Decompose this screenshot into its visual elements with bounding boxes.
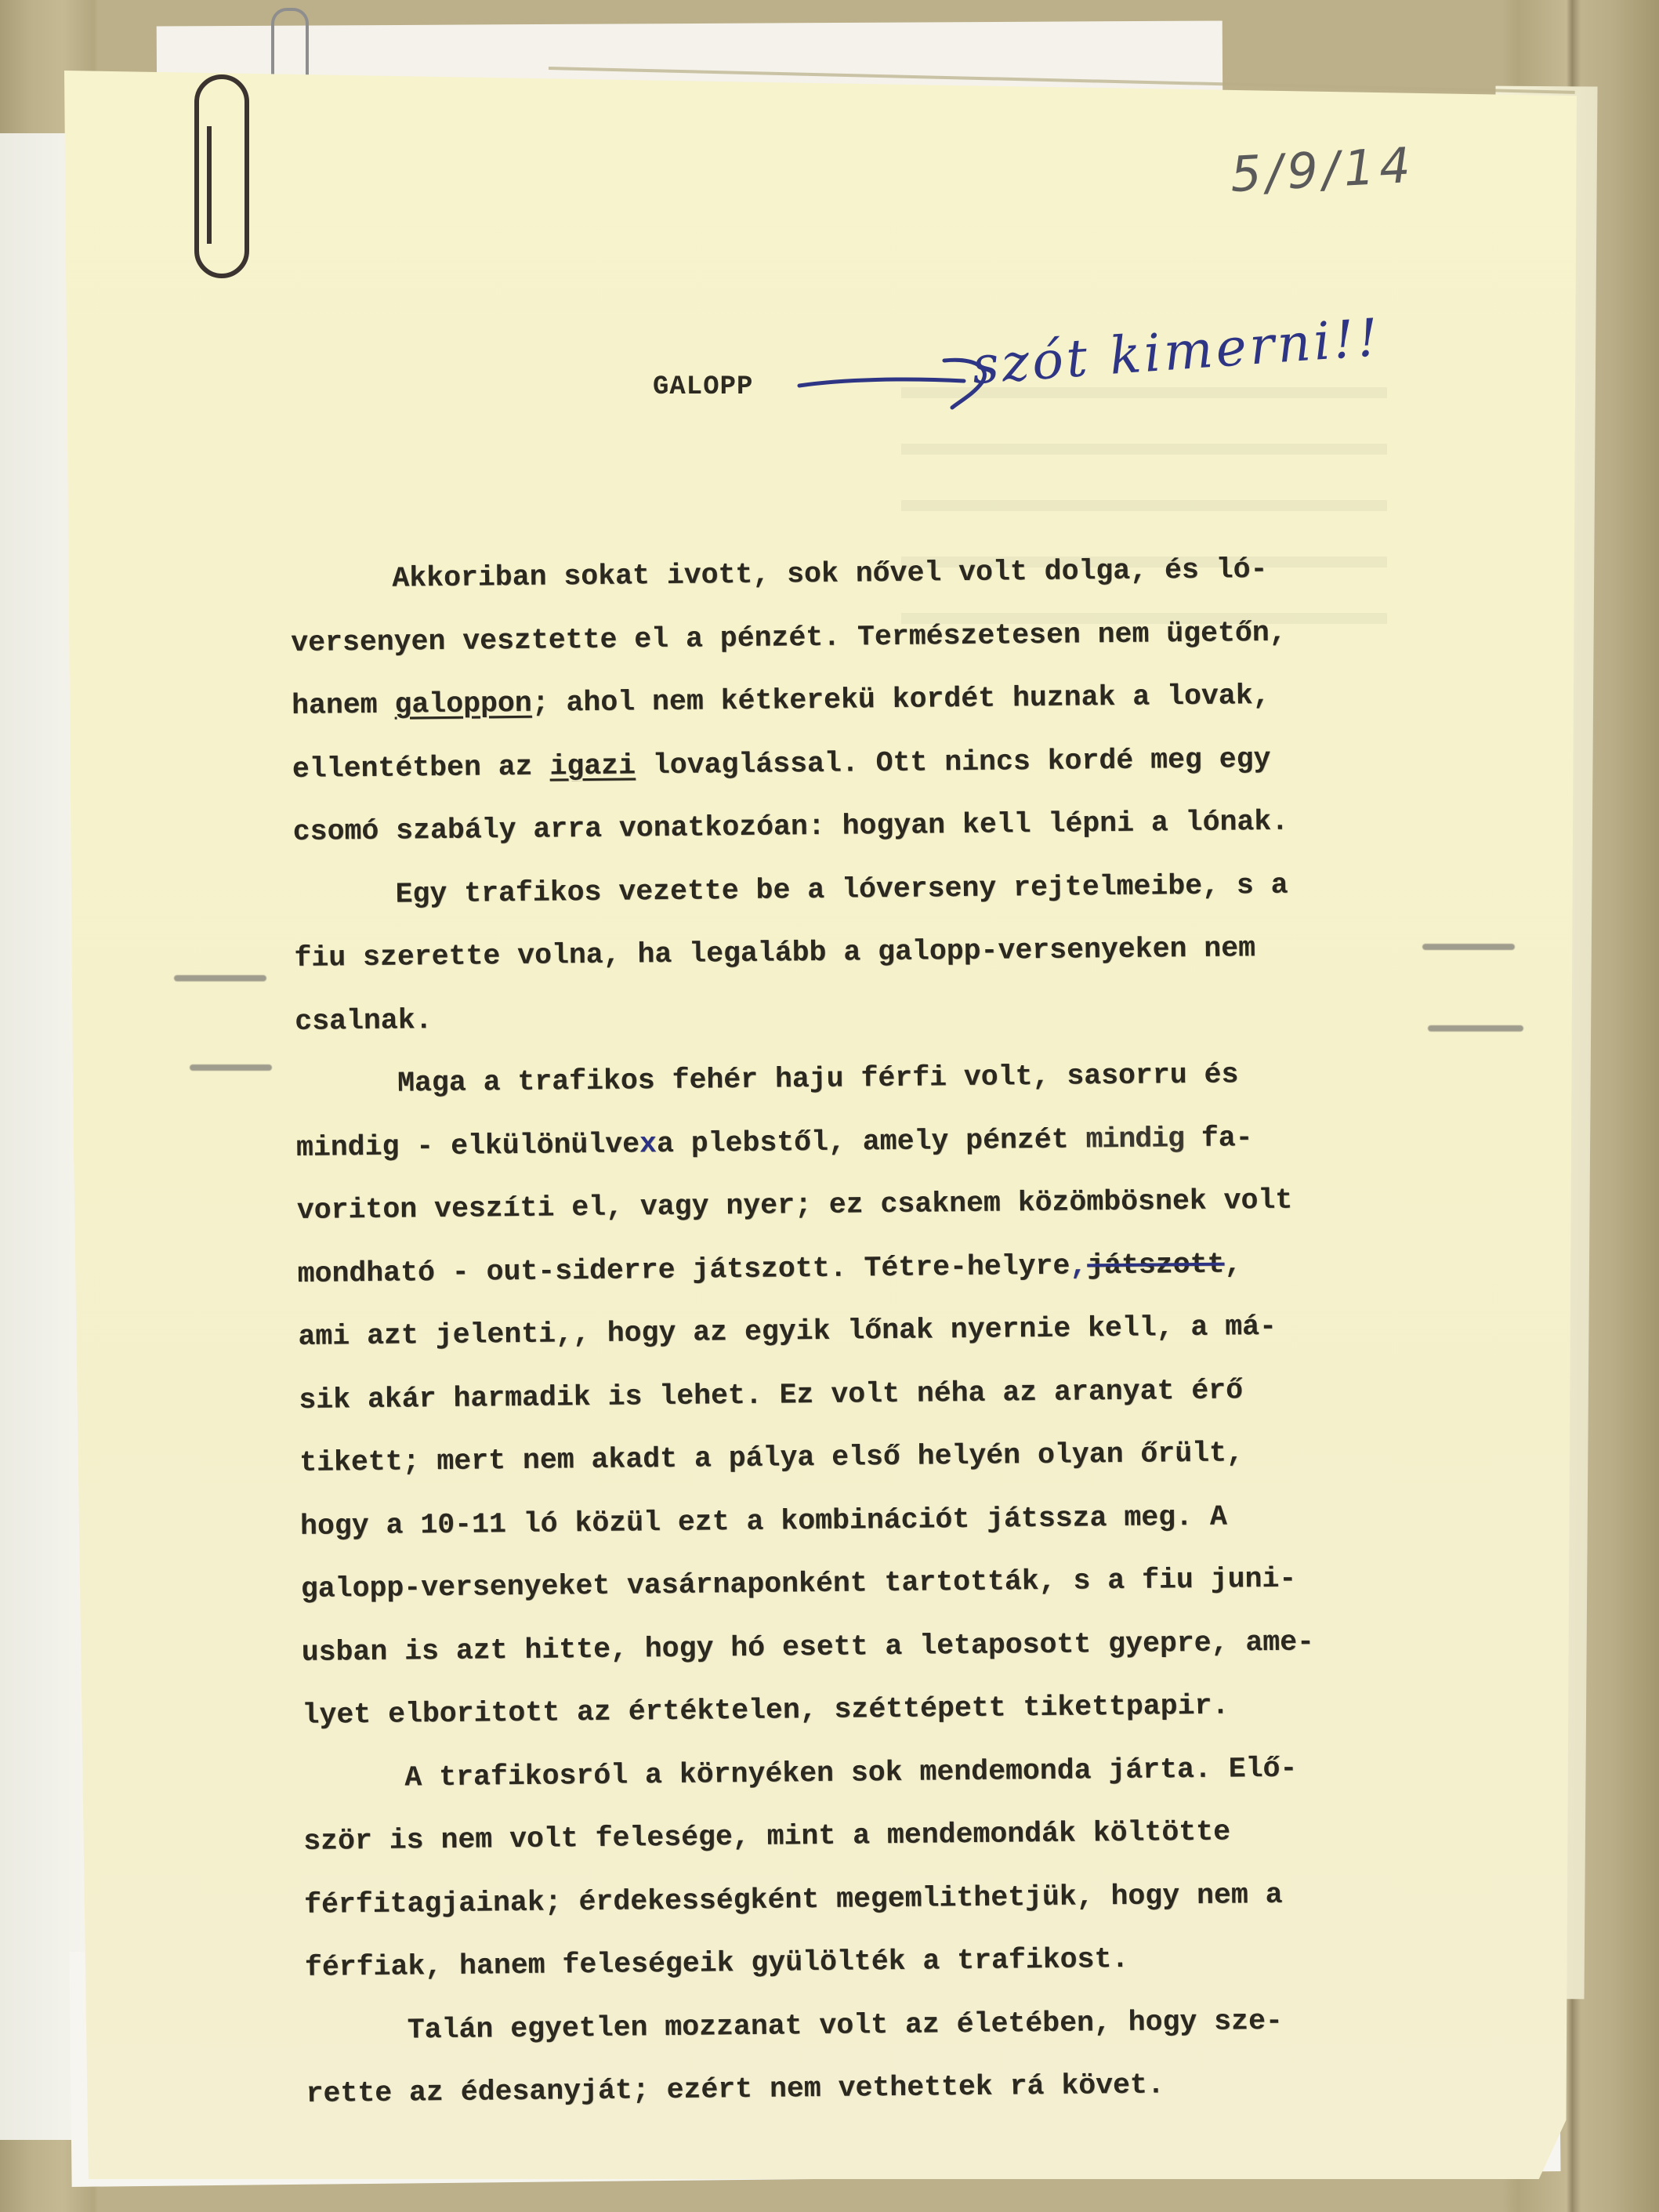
text-line: voriton veszíti el, vagy nyer; ez csakne… — [296, 1169, 1378, 1243]
text-span: , — [1224, 1248, 1241, 1280]
pencil-date-annotation: 5/9/14 — [1229, 136, 1416, 203]
text-line: mondható - out-siderre játszott. Tétre-h… — [297, 1231, 1379, 1306]
text-span: a plebstől, amely pénzét — [657, 1123, 1086, 1160]
text-line: csomó szabály arra vonatkozóan: hogyan k… — [292, 790, 1375, 865]
text-span: mindig - elkülönülve — [296, 1128, 639, 1164]
margin-pencil-mark — [1422, 944, 1515, 950]
document-body: Akkoriban sokat ivott, sok nővel volt do… — [290, 538, 1388, 2127]
text-span: mondható - out-siderre játszott. Tétre-h… — [297, 1249, 1070, 1289]
page-title: GALOPP — [653, 372, 753, 402]
pen-insertion-mark: x — [639, 1128, 657, 1160]
text-line: A trafikosról a környéken sok mendemonda… — [302, 1736, 1385, 1811]
text-line: férfiak, hanem feleségeik gyülölték a tr… — [305, 1925, 1387, 2000]
text-span: veszíti el, vagy nyer; ez csaknem közömb… — [417, 1184, 1292, 1226]
text-line: férfitagjainak; érdekességként megemlith… — [304, 1862, 1386, 1937]
text-line: rette az édesanyját; ezért nem vethettek… — [306, 2051, 1388, 2126]
margin-pencil-mark — [190, 1064, 272, 1071]
text-line: Akkoriban sokat ivott, sok nővel volt do… — [290, 538, 1372, 612]
text-line: lyet elboritott az értéktelen, széttépet… — [302, 1673, 1384, 1747]
paperclip-icon — [194, 74, 249, 278]
margin-pencil-mark — [174, 975, 266, 981]
text-line: usban is azt hitte, hogy hó esett a leta… — [301, 1610, 1383, 1684]
text-span: voriton — [297, 1193, 418, 1227]
pen-strikeout: játszott — [1087, 1248, 1225, 1282]
text-line: Maga a trafikos fehér haju férfi volt, s… — [295, 1043, 1378, 1117]
text-line: mindig - elkülönülvexa plebstől, amely p… — [296, 1105, 1378, 1180]
text-line: tikett; mert nem akadt a pálya első hely… — [299, 1420, 1382, 1495]
text-line: hanem galoppon; ahol nem kétkerekü kordé… — [292, 664, 1374, 738]
margin-pencil-mark — [1428, 1025, 1523, 1032]
paperclip-back-icon — [271, 8, 309, 82]
text-line: ellentétben az igazi lovaglással. Ott ni… — [292, 727, 1375, 801]
underlined-word: igazi — [549, 749, 636, 782]
text-span: fa- — [1184, 1122, 1253, 1155]
text-line: ször is nem volt felesége, mint a mendem… — [303, 1799, 1386, 1873]
text-line: sik akár harmadik is lehet. Ez volt néha… — [299, 1358, 1381, 1432]
text-span: ; ahol nem kétkerekü kordét huznak a lov… — [532, 680, 1270, 720]
text-line: Talán egyetlen mozzanat volt az életében… — [305, 1989, 1387, 2063]
text-span: hanem — [292, 689, 395, 722]
text-span: lovaglással. Ott nincs kordé meg egy — [636, 742, 1271, 781]
text-line: Egy trafikos vezette be a lóverseny rejt… — [293, 853, 1375, 927]
typed-strikeout: mindig — [1085, 1122, 1184, 1155]
underlined-word: galoppon — [394, 687, 532, 721]
text-line: ami azt jelenti,, hogy az egyik lőnak ny… — [298, 1294, 1380, 1369]
pen-comma-insert: , — [1070, 1249, 1087, 1282]
text-line: csalnak. — [295, 979, 1377, 1053]
text-line: versenyen vesztette el a pénzét. Termész… — [291, 600, 1373, 675]
text-line: galopp-versenyeket vasárnaponként tartot… — [300, 1547, 1382, 1621]
text-line: fiu szerette volna, ha legalább a galopp… — [294, 916, 1376, 991]
text-line: hogy a 10-11 ló közül ezt a kombinációt … — [300, 1484, 1382, 1558]
text-span: ellentétben az — [292, 750, 550, 785]
